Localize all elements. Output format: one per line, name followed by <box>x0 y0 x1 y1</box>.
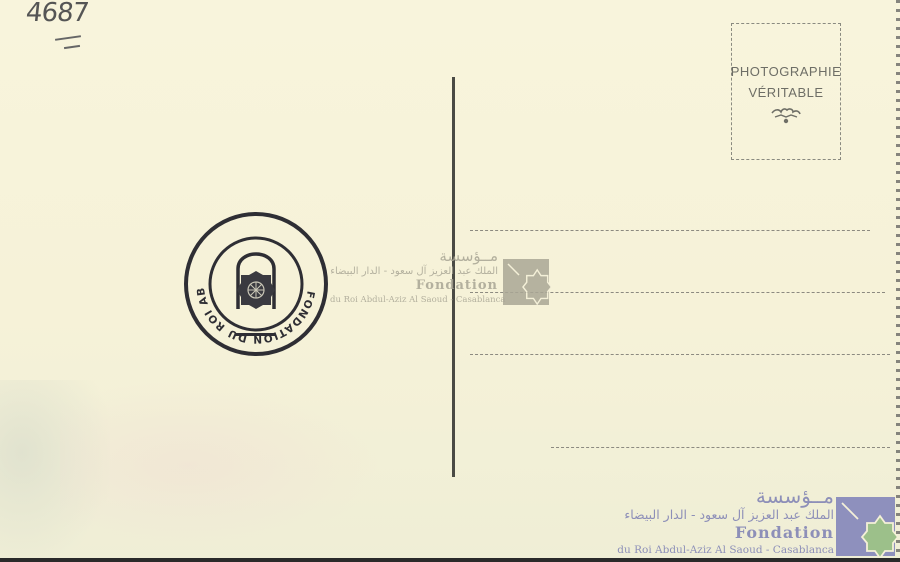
address-line <box>470 354 890 355</box>
foundation-logo-icon <box>835 496 897 558</box>
watermark-arabic-title: مــؤسسة <box>330 248 498 265</box>
foundation-logo-icon <box>503 259 551 307</box>
stamp-placeholder-box: PHOTOGRAPHIE VÉRITABLE <box>731 23 841 160</box>
handwritten-inventory-number: 4687 <box>24 0 89 28</box>
arch-star-emblem-icon <box>237 254 275 309</box>
address-line <box>551 447 890 448</box>
watermark-french-subtitle: du Roi Abdul-Aziz Al Saoud - Casablanca <box>330 294 498 306</box>
handwritten-underline <box>55 35 81 41</box>
watermark-french-title: Fondation <box>610 523 834 543</box>
watermark-french-subtitle: du Roi Abdul-Aziz Al Saoud - Casablanca <box>610 543 834 557</box>
watermark-arabic-subtitle: الملك عبد العزيز آل سعود - الدار البيضاء <box>610 507 834 523</box>
foundation-seal-stamp: FONDATION DU ROI ABDUL • AZIZ AL SAOUD <box>183 211 329 357</box>
fleuron-ornament-icon <box>769 107 803 125</box>
watermark-corner: مــؤسسة الملك عبد العزيز آل سعود - الدار… <box>610 485 834 557</box>
stamp-box-line1: PHOTOGRAPHIE <box>731 64 842 79</box>
paper-edge <box>0 558 900 562</box>
stamp-box-line2: VÉRITABLE <box>748 85 823 100</box>
paper-edge <box>896 0 900 562</box>
watermark-center: مــؤسسة الملك عبد العزيز آل سعود - الدار… <box>330 248 498 306</box>
paper-discoloration <box>60 380 380 550</box>
watermark-arabic-title: مــؤسسة <box>610 485 834 507</box>
paper-stain <box>0 380 110 562</box>
watermark-arabic-subtitle: الملك عبد العزيز آل سعود - الدار البيضاء <box>330 265 498 278</box>
handwritten-underline <box>64 45 80 49</box>
watermark-french-title: Fondation <box>330 278 498 294</box>
address-line <box>470 230 870 231</box>
